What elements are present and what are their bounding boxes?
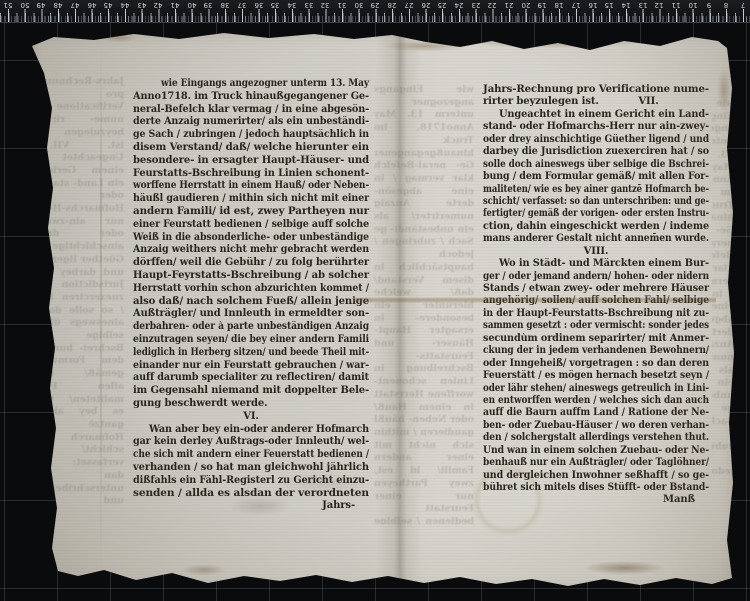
ruler-number: 17 [568, 0, 584, 9]
ruler-number: 33 [301, 0, 317, 9]
ruler-number: 27 [401, 0, 417, 9]
ruler-number: 30 [351, 0, 367, 9]
ruler-number: 14 [618, 0, 634, 9]
ruler-number: 18 [551, 0, 567, 9]
ruler-number: 21 [501, 0, 517, 9]
ruler-number: 7 [735, 0, 750, 9]
ruler-number: 34 [284, 0, 300, 9]
ruler-number: 16 [585, 0, 601, 9]
ruler-number: 35 [267, 0, 283, 9]
ruler-number: 10 [685, 0, 701, 9]
ruler-number: 32 [317, 0, 333, 9]
ruler-number: 38 [217, 0, 233, 9]
top-ruler: 5150494847464544434241403938373635343332… [0, 0, 750, 23]
photo-stage: Jahrs-Rechnung pro Verificatione nume- r… [0, 0, 750, 601]
ruler-number: 19 [534, 0, 550, 9]
ruler-number: 22 [484, 0, 500, 9]
ruler-number: 31 [334, 0, 350, 9]
ruler-number: 51 [0, 0, 16, 9]
ruler-number: 11 [668, 0, 684, 9]
ruler-number: 47 [67, 0, 83, 9]
ruler-number: 41 [167, 0, 183, 9]
ruler-number: 50 [17, 0, 33, 9]
ruler-number: 13 [635, 0, 651, 9]
ruler-number: 42 [150, 0, 166, 9]
ruler-cm-ticks [0, 9, 750, 22]
ruler-number: 46 [84, 0, 100, 9]
ruler-number: 20 [518, 0, 534, 9]
ruler-number: 23 [468, 0, 484, 9]
ruler-number: 8 [718, 0, 734, 9]
ruler-number: 40 [184, 0, 200, 9]
ruler-number: 26 [418, 0, 434, 9]
ruler-number: 43 [134, 0, 150, 9]
ruler-number: 49 [33, 0, 49, 9]
ruler-number: 9 [701, 0, 717, 9]
ruler-number: 28 [384, 0, 400, 9]
ruler-number: 37 [234, 0, 250, 9]
ruler-number: 12 [651, 0, 667, 9]
ruler-number: 48 [50, 0, 66, 9]
ruler-number: 24 [451, 0, 467, 9]
ruler-number: 25 [434, 0, 450, 9]
document-sheet: Jahrs-Rechnung pro Verificatione nume- r… [24, 28, 738, 594]
ruler-number: 29 [367, 0, 383, 9]
ruler-number: 39 [200, 0, 216, 9]
edge-toning [24, 28, 738, 594]
ruler-number: 44 [117, 0, 133, 9]
ruler-number: 45 [100, 0, 116, 9]
ruler-number: 36 [251, 0, 267, 9]
ruler-number: 15 [601, 0, 617, 9]
